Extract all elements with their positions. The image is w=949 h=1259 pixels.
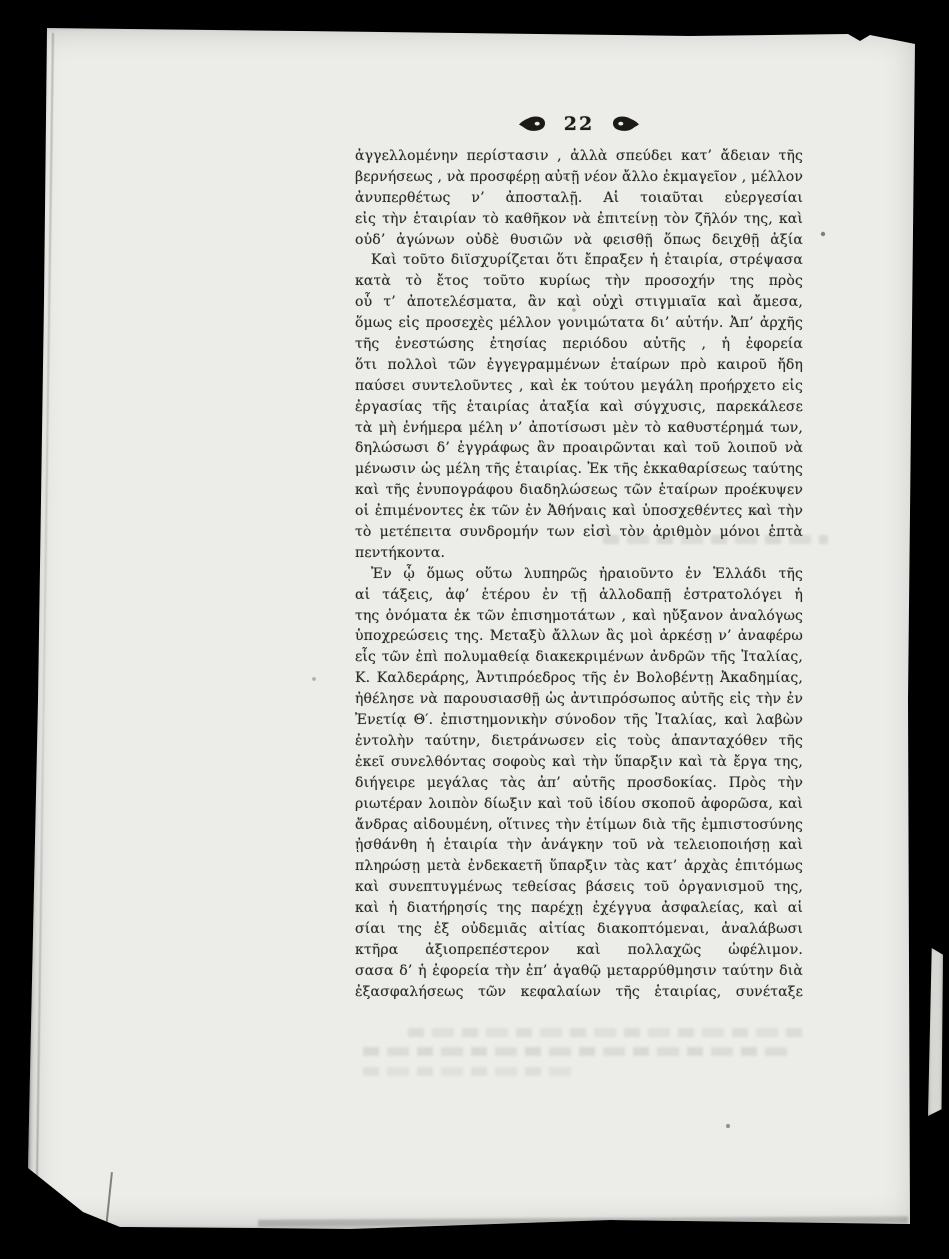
- text-line: ἠθέλησε νὰ παρουσιασθῇ ὡς ἀντιπρόσωπος α…: [355, 689, 803, 710]
- bleed-through-text: [363, 1067, 573, 1076]
- text-line: μένωσιν ὡς μέλη τῆς ἑταιρίας. Ἐκ τῆς ἐκκ…: [355, 459, 803, 480]
- text-line: βερνήσεως , νὰ προσφέρῃ αὐτῇ νέον ἄλλο ἐ…: [355, 167, 803, 188]
- text-line: ἀνυπερθέτως ν’ ἀποσταλῇ. Αἱ τοιαῦται εὐε…: [355, 188, 803, 209]
- text-line: κτῆρα ἀξιοπρεπέστερον καὶ πολλαχῶς ὠφέλι…: [355, 940, 803, 961]
- text-line: ὅτι πολλοὶ τῶν ἐγγεγραμμένων ἑταίρων πρὸ…: [355, 355, 803, 376]
- bleed-through-text: [603, 535, 828, 544]
- page-header: 22: [355, 111, 803, 137]
- text-line: σίαι της ἐξ οὐδεμιᾶς αἰτίας διακοπτόμενα…: [355, 919, 803, 940]
- paper-tear: [105, 1172, 112, 1228]
- bottom-edge-shadow: [258, 1216, 908, 1226]
- bleed-through-text: [408, 1028, 808, 1037]
- text-line: ἐκεῖ συνελθόντας σοφοὺς καὶ τὴν ὕπαρξιν …: [355, 752, 803, 773]
- text-line: κατὰ τὸ ἔτος τοῦτο κυρίως τὴν προσοχήν τ…: [355, 271, 803, 292]
- text-line: ἐργασίας τῆς ἑταιρίας ἀταξία καὶ σύγχυσι…: [355, 397, 803, 418]
- text-line: πληρώσῃ μετὰ ἐνδεκαετῆ ὕπαρξιν τὰς κατ’ …: [355, 856, 803, 877]
- fleuron-right-icon: [611, 115, 640, 133]
- body-text: ἀγγελλομένην περίστασιν , ἀλλὰ σπεύδει κ…: [355, 146, 803, 1003]
- text-line: καὶ τῆς ἐνυπογράφου διαδηλώσεως τῶν ἑταί…: [355, 480, 803, 501]
- text-line: ριωτέραν λοιπὸν δίωξιν καὶ τοῦ ἰδίου σκο…: [355, 794, 803, 815]
- text-line: καὶ συνεπτυγμένως τεθείσας βάσεις τοῦ ὀρ…: [355, 877, 803, 898]
- text-line: τὰ μὴ ἐνήμερα μέλη ν’ ἀποτίσωσι μὲν τὸ κ…: [355, 418, 803, 439]
- text-line: οὗ τ’ ἀποτελέσματα, ἂν καὶ οὐχὶ στιγμιαῖ…: [355, 292, 803, 313]
- text-line: ᾐσθάνθη ἡ ἑταιρία τὴν ἀνάγκην τοῦ νὰ τελ…: [355, 835, 803, 856]
- text-line: οὐδ’ ἀγώνων οὐδὲ θυσιῶν νὰ φεισθῇ ὅπως δ…: [355, 230, 803, 251]
- text-line: οἱ ἐπιμένοντες ἐκ τῶν ἐν Ἀθήναις καὶ ὑπο…: [355, 501, 803, 522]
- text-line: Ἐν ᾧ ὅμως οὕτω λυπηρῶς ἠραιοῦντο ἐν Ἑλλά…: [355, 564, 803, 585]
- paper-specks: [28, 27, 30, 29]
- text-line: σασα δ’ ἡ ἐφορεία τὴν ἐπ’ ἀγαθῷ μεταρρύθ…: [355, 961, 803, 982]
- text-line: τῆς ἐνεστώσης ἐτησίας περιόδου αὐτῆς , ἡ…: [355, 334, 803, 355]
- text-line: ὅμως εἰς προσεχὲς μέλλον γονιμώτατα δι’ …: [355, 313, 803, 334]
- text-line: ἀγγελλομένην περίστασιν , ἀλλὰ σπεύδει κ…: [355, 146, 803, 167]
- scanned-page-photo: 22 ἀγγελλομένην περίστασιν , ἀλλὰ σπεύδε…: [0, 0, 949, 1259]
- text-line: της ὀνόματα ἐκ τῶν ἐπισημοτάτων , καὶ ηὔ…: [355, 606, 803, 627]
- text-line: ἐξασφαλήσεως τῶν κεφαλαίων τῆς ἑταιρίας,…: [355, 982, 803, 1003]
- text-line: ὑποχρεώσεις της. Μεταξὺ ἄλλων ἂς μοὶ ἀρκ…: [355, 626, 803, 647]
- text-line: ἐντολὴν ταύτην, διετράνωσεν εἰς τοὺς ἁπα…: [355, 731, 803, 752]
- text-line: Ἐνετίᾳ Θ′. ἐπιστημονικὴν σύνοδον τῆς Ἰτα…: [355, 710, 803, 731]
- text-line: εἷς τῶν ἐπὶ πολυμαθείᾳ διακεκριμένων ἀνδ…: [355, 647, 803, 668]
- text-line: αἱ τάξεις, ἀφ’ ἑτέρου ἐν τῇ ἀλλοδαπῇ ἐστ…: [355, 585, 803, 606]
- text-line: Κ. Καλδεράρης, Ἀντιπρόεδρος τῆς ἐν Βολοβ…: [355, 668, 803, 689]
- text-line: εἰς τὴν ἑταιρίαν τὸ καθῆκον νὰ ἐπιτείνῃ …: [355, 209, 803, 230]
- text-line: πεντήκοντα.: [355, 543, 803, 564]
- left-fold-line: [36, 33, 54, 1183]
- underlying-page-edge: [928, 948, 943, 1116]
- book-page: 22 ἀγγελλομένην περίστασιν , ἀλλὰ σπεύδε…: [28, 27, 918, 1229]
- bleed-through-text: [363, 1047, 793, 1056]
- text-line: Καὶ τοῦτο διϊσχυρίζεται ὅτι ἔπραξεν ἡ ἑτ…: [355, 250, 803, 271]
- text-line: δηλώσωσι δ’ ἐγγράφως ἂν προαιρῶνται καὶ …: [355, 438, 803, 459]
- text-line: παύσει συντελοῦντες , καὶ ἐκ τούτου μεγά…: [355, 376, 803, 397]
- text-line: καὶ ἡ διατήρησίς της παρέχῃ ἐχέγγυα ἀσφα…: [355, 898, 803, 919]
- text-line: ἄνδρας αἰδουμένη, οἵτινες τὴν ἐτίμων διὰ…: [355, 815, 803, 836]
- page-number: 22: [564, 113, 594, 135]
- fleuron-left-icon: [518, 115, 547, 133]
- text-line: διήγειρε μεγάλας τὰς ἀπ’ αὐτῆς προσδοκία…: [355, 773, 803, 794]
